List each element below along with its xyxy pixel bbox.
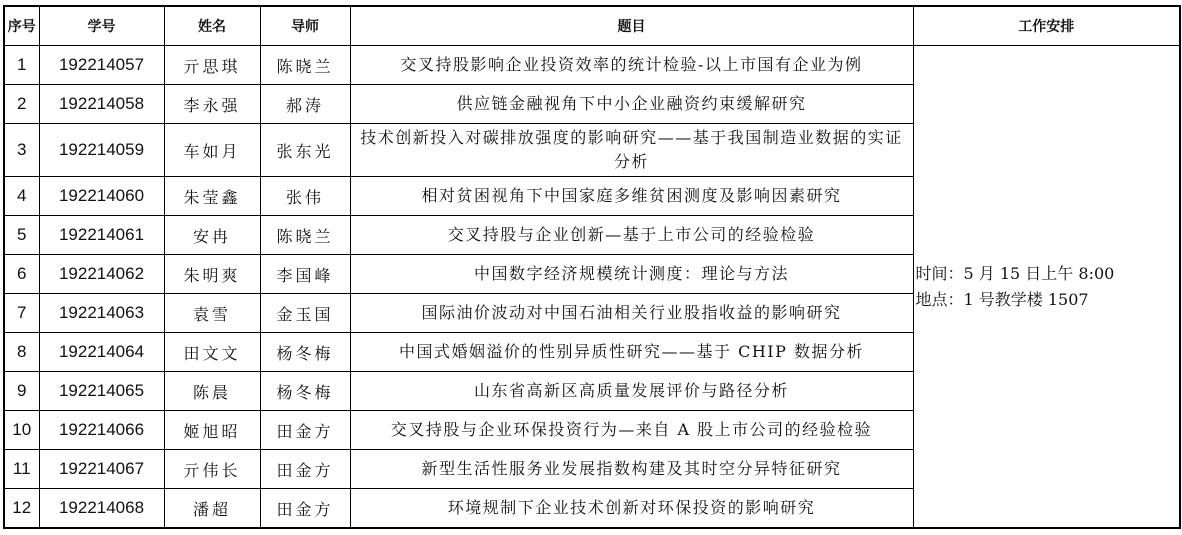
row-title: 中国数字经济规模统计测度：理论与方法 bbox=[350, 255, 913, 294]
row-index: 5 bbox=[4, 216, 39, 255]
row-advisor: 张东光 bbox=[260, 124, 350, 177]
row-title: 中国式婚姻溢价的性别异质性研究——基于 CHIP 数据分析 bbox=[350, 333, 913, 372]
row-index: 4 bbox=[4, 177, 39, 216]
row-student-id: 192214064 bbox=[39, 333, 164, 372]
row-title: 交叉持股与企业环保投资行为—来自 A 股上市公司的经验检验 bbox=[350, 411, 913, 450]
row-index: 10 bbox=[4, 411, 39, 450]
row-index: 3 bbox=[4, 124, 39, 177]
row-advisor: 陈晓兰 bbox=[260, 216, 350, 255]
row-index: 2 bbox=[4, 85, 39, 124]
row-student-id: 192214068 bbox=[39, 489, 164, 529]
row-student-id: 192214058 bbox=[39, 85, 164, 124]
row-name: 袁雪 bbox=[164, 294, 260, 333]
row-index: 11 bbox=[4, 450, 39, 489]
row-title: 交叉持股影响企业投资效率的统计检验-以上市国有企业为例 bbox=[350, 46, 913, 85]
row-name: 安冉 bbox=[164, 216, 260, 255]
header-advisor: 导师 bbox=[260, 6, 350, 46]
row-student-id: 192214059 bbox=[39, 124, 164, 177]
row-advisor: 杨冬梅 bbox=[260, 333, 350, 372]
header-name: 姓名 bbox=[164, 6, 260, 46]
row-name: 姬旭昭 bbox=[164, 411, 260, 450]
row-student-id: 192214060 bbox=[39, 177, 164, 216]
row-title: 山东省高新区高质量发展评价与路径分析 bbox=[350, 372, 913, 411]
row-title: 相对贫困视角下中国家庭多维贫困测度及影响因素研究 bbox=[350, 177, 913, 216]
row-student-id: 192214062 bbox=[39, 255, 164, 294]
row-advisor: 陈晓兰 bbox=[260, 46, 350, 85]
schedule-location: 地点：1 号教学楼 1507 bbox=[916, 287, 1180, 313]
header-row: 序号 学号 姓名 导师 题目 工作安排 bbox=[4, 6, 1180, 46]
row-title: 新型生活性服务业发展指数构建及其时空分异特征研究 bbox=[350, 450, 913, 489]
row-index: 12 bbox=[4, 489, 39, 529]
defense-schedule-table: 序号 学号 姓名 导师 题目 工作安排 1 192214057 亓思琪 陈晓兰 … bbox=[3, 5, 1181, 529]
header-student-id: 学号 bbox=[39, 6, 164, 46]
row-advisor: 金玉国 bbox=[260, 294, 350, 333]
table-row: 1 192214057 亓思琪 陈晓兰 交叉持股影响企业投资效率的统计检验-以上… bbox=[4, 46, 1180, 85]
row-title: 供应链金融视角下中小企业融资约束缓解研究 bbox=[350, 85, 913, 124]
row-student-id: 192214063 bbox=[39, 294, 164, 333]
row-title: 环境规制下企业技术创新对环保投资的影响研究 bbox=[350, 489, 913, 529]
schedule-cell: 时间：5 月 15 日上午 8:00 地点：1 号教学楼 1507 bbox=[913, 46, 1180, 529]
row-student-id: 192214061 bbox=[39, 216, 164, 255]
row-name: 朱莹鑫 bbox=[164, 177, 260, 216]
row-title: 国际油价波动对中国石油相关行业股指收益的影响研究 bbox=[350, 294, 913, 333]
row-advisor: 田金方 bbox=[260, 411, 350, 450]
row-index: 9 bbox=[4, 372, 39, 411]
row-advisor: 张伟 bbox=[260, 177, 350, 216]
row-title: 技术创新投入对碳排放强度的影响研究——基于我国制造业数据的实证分析 bbox=[350, 124, 913, 177]
row-name: 陈晨 bbox=[164, 372, 260, 411]
defense-schedule-sheet: 序号 学号 姓名 导师 题目 工作安排 1 192214057 亓思琪 陈晓兰 … bbox=[3, 5, 1181, 529]
row-name: 李永强 bbox=[164, 85, 260, 124]
row-advisor: 郝涛 bbox=[260, 85, 350, 124]
schedule-time: 时间：5 月 15 日上午 8:00 bbox=[916, 261, 1180, 287]
row-index: 7 bbox=[4, 294, 39, 333]
row-index: 8 bbox=[4, 333, 39, 372]
row-advisor: 田金方 bbox=[260, 450, 350, 489]
row-advisor: 田金方 bbox=[260, 489, 350, 529]
header-title: 题目 bbox=[350, 6, 913, 46]
row-student-id: 192214057 bbox=[39, 46, 164, 85]
row-index: 1 bbox=[4, 46, 39, 85]
row-name: 朱明爽 bbox=[164, 255, 260, 294]
header-schedule: 工作安排 bbox=[913, 6, 1180, 46]
row-advisor: 李国峰 bbox=[260, 255, 350, 294]
row-name: 亓思琪 bbox=[164, 46, 260, 85]
row-title: 交叉持股与企业创新—基于上市公司的经验检验 bbox=[350, 216, 913, 255]
row-name: 亓伟长 bbox=[164, 450, 260, 489]
header-index: 序号 bbox=[4, 6, 39, 46]
row-name: 车如月 bbox=[164, 124, 260, 177]
row-index: 6 bbox=[4, 255, 39, 294]
row-name: 田文文 bbox=[164, 333, 260, 372]
row-student-id: 192214066 bbox=[39, 411, 164, 450]
row-student-id: 192214067 bbox=[39, 450, 164, 489]
row-student-id: 192214065 bbox=[39, 372, 164, 411]
row-advisor: 杨冬梅 bbox=[260, 372, 350, 411]
row-name: 潘超 bbox=[164, 489, 260, 529]
